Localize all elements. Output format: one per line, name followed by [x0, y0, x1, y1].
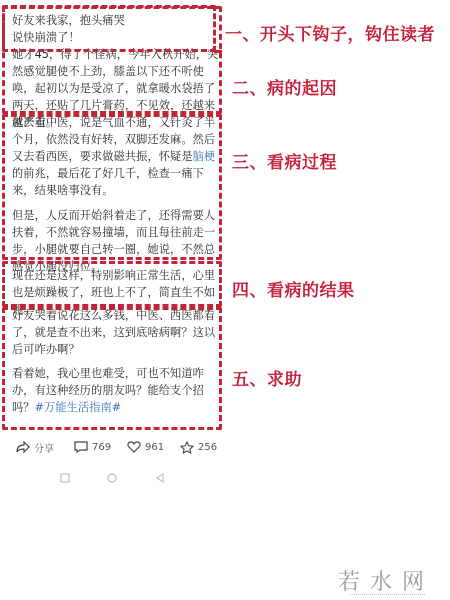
comment-icon	[74, 441, 88, 453]
back-button[interactable]	[155, 468, 165, 487]
favorite-count: 256	[198, 442, 217, 453]
triangle-back-icon	[155, 473, 165, 483]
heart-icon	[127, 441, 141, 453]
watermark-underline	[350, 594, 425, 597]
label-cause: 二、病的起因	[232, 74, 337, 99]
share-button[interactable]: 分享	[16, 440, 54, 455]
label-result: 四、看病的结果	[232, 276, 355, 301]
recent-apps-button[interactable]	[60, 468, 70, 487]
hook-connector	[214, 50, 222, 53]
favorite-button[interactable]: 256	[180, 441, 217, 454]
home-button[interactable]	[107, 468, 117, 487]
box-cause	[2, 6, 222, 114]
box-process	[2, 114, 222, 260]
star-icon	[180, 441, 194, 454]
system-nav-bar	[0, 468, 240, 488]
like-button[interactable]: 961	[127, 441, 164, 453]
share-icon	[16, 441, 30, 453]
comment-count: 769	[92, 442, 111, 453]
box-help	[2, 307, 222, 430]
like-count: 961	[145, 442, 164, 453]
square-icon	[60, 473, 70, 483]
watermark: 若水网	[338, 565, 434, 596]
box-result	[2, 261, 222, 307]
label-hook: 一、开头下钩子，钩住读者	[225, 20, 435, 45]
comment-button[interactable]: 769	[74, 441, 111, 453]
label-help: 五、求助	[232, 365, 302, 390]
share-label: 分享	[34, 440, 54, 455]
circle-icon	[107, 473, 117, 483]
label-process: 三、看病过程	[232, 148, 337, 173]
action-bar: 分享 769 961 256	[14, 438, 214, 456]
